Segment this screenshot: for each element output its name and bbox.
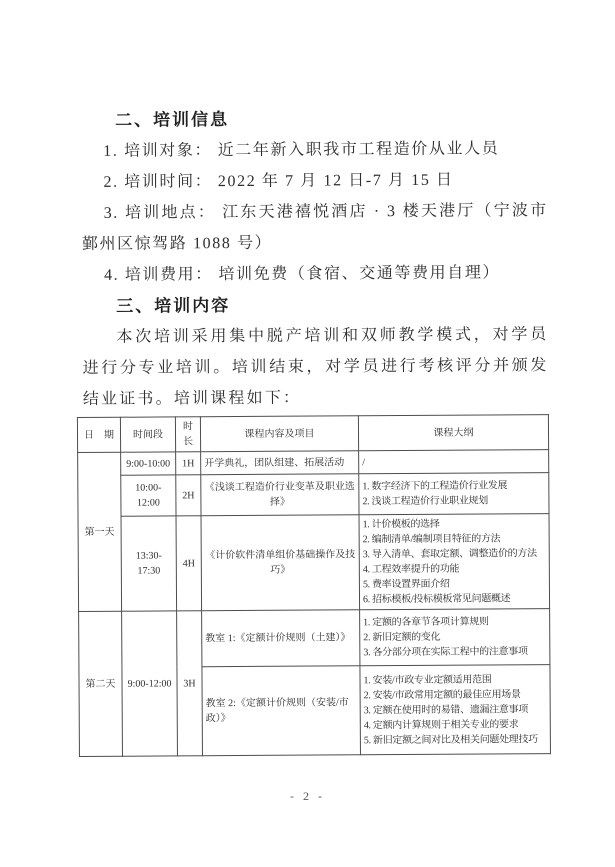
cell-day1: 第一天: [78, 452, 122, 611]
outline-item: 5. 新旧定额之间对比及相关问题处理技巧: [364, 732, 547, 748]
cell-day2-time: 9:00-12:00: [122, 611, 178, 756]
scanned-document-page: 二、培训信息 1. 培训对象： 近二年新入职我市工程造价从业人员 2. 培训时间…: [0, 0, 615, 867]
outline-item: 4. 定额内计算规则于相关专业的要求: [364, 717, 547, 733]
info-item-location: 3. 培训地点： 江东天港禧悦酒店 · 3 楼天港厅（宁波市鄞州区惊驾路 108…: [76, 195, 548, 260]
outline-item: 3. 各分部分项在实际工程中的注意事项: [363, 644, 546, 660]
cell-day2-duration: 3H: [177, 611, 203, 756]
cell-day2-classroom1-outline: 1. 定额的各章节各项计算规则 2. 新旧定额的变化 3. 各分部分项在实际工程…: [360, 609, 550, 666]
cell-day1-s3-time: 13:30-17:30: [121, 516, 177, 611]
page-number: - 2 -: [0, 789, 615, 804]
outline-item: 1. 数字经济下的工程造价行业发展: [362, 478, 545, 494]
table-header-row: 日 期 时间段 时长 课程内容及项目 课程大纲: [77, 415, 548, 453]
info-item-fee: 4. 培训费用： 培训免费（食宿、交通等费用自理）: [76, 257, 548, 291]
cell-day1-s1-outline: /: [359, 450, 549, 474]
outline-item: 5. 费率设置界面介绍: [363, 576, 546, 592]
table-row-day2-classroom1: 第二天 9:00-12:00 3H 教室 1:《定额计价规则（土建）》 1. 定…: [79, 609, 550, 668]
outline-item: 2. 浅谈工程造价行业职业规划: [362, 493, 545, 509]
table-row-day1-software: 13:30-17:30 4H 《计价软件清单组价基础操作及技巧》 1. 计价模板…: [78, 514, 550, 612]
outline-item: 4. 工程效率提升的功能: [363, 561, 546, 577]
cell-day2-classroom2-course: 教室 2:《定额计价规则（安装/市政）》: [202, 666, 361, 756]
outline-item: 2. 安装/市政常用定额的最佳应用场景: [364, 687, 547, 703]
cell-day1-s1-duration: 1H: [176, 452, 201, 475]
cell-day1-s1-time: 9:00-10:00: [121, 452, 176, 475]
cell-day1-s3-course: 《计价软件清单组价基础操作及技巧》: [201, 515, 360, 611]
section-heading-training-content: 三、培训内容: [76, 288, 548, 322]
outline-item: 2. 新旧定额的变化: [363, 629, 546, 645]
content-paragraph: 本次培训采用集中脱产培训和双师教学模式，对学员进行分专业培训。培训结束，对学员进…: [76, 319, 549, 415]
column-header-outline: 课程大纲: [358, 415, 548, 451]
cell-day2-classroom1-course: 教室 1:《定额计价规则（土建）》: [202, 610, 360, 667]
cell-day2-classroom2-outline: 1. 安装/市政专业定额适用范围 2. 安装/市政常用定额的最佳应用场景 3. …: [360, 665, 551, 755]
outline-item: 3. 定额在使用时的易错、遗漏注意事项: [364, 702, 547, 718]
cell-day1-s2-duration: 2H: [176, 475, 201, 516]
column-header-date: 日 期: [77, 417, 120, 452]
table-row-day1-lecture: 10:00-12:00 2H 《浅谈工程造价行业变革及职业选择》 1. 数字经济…: [78, 473, 549, 517]
outline-item: 2. 编制清单/编制项目特征的方法: [363, 531, 546, 547]
outline-item: 6. 招标模板/投标模板常见问题概述: [363, 591, 546, 607]
section-heading-training-info: 二、培训信息: [75, 102, 547, 136]
cell-day1-s3-duration: 4H: [176, 516, 202, 611]
column-header-duration: 时长: [175, 417, 200, 452]
outline-item: /: [362, 454, 545, 470]
course-schedule-table: 日 期 时间段 时长 课程内容及项目 课程大纲 第一天 9:00-10:00 1…: [77, 414, 551, 757]
document-content: 二、培训信息 1. 培训对象： 近二年新入职我市工程造价从业人员 2. 培训时间…: [75, 102, 551, 757]
info-item-time: 2. 培训时间： 2022 年 7 月 12 日-7 月 15 日: [75, 164, 547, 198]
outline-item: 1. 安装/市政专业定额适用范围: [363, 672, 546, 688]
cell-day1-s2-course: 《浅谈工程造价行业变革及职业选择》: [201, 474, 359, 516]
cell-day1-s3-outline: 1. 计价模板的选择 2. 编制清单/编制项目特征的方法 3. 导入清单、套取定…: [359, 514, 550, 610]
outline-item: 3. 导入清单、套取定额、调整造价的方法: [363, 546, 546, 562]
outline-item: 1. 计价模板的选择: [363, 516, 546, 532]
info-item-audience: 1. 培训对象： 近二年新入职我市工程造价从业人员: [75, 133, 547, 167]
cell-day2: 第二天: [79, 611, 123, 756]
cell-day1-s2-time: 10:00-12:00: [121, 475, 176, 516]
cell-day1-s1-course: 开学典礼，团队组建、拓展活动: [201, 451, 359, 475]
column-header-time: 时间段: [120, 417, 175, 452]
column-header-course: 课程内容及项目: [200, 416, 358, 452]
cell-day1-s2-outline: 1. 数字经济下的工程造价行业发展 2. 浅谈工程造价行业职业规划: [359, 473, 549, 515]
outline-item: 1. 定额的各章节各项计算规则: [363, 614, 546, 630]
table-row-day1-opening: 第一天 9:00-10:00 1H 开学典礼，团队组建、拓展活动 /: [78, 450, 549, 476]
